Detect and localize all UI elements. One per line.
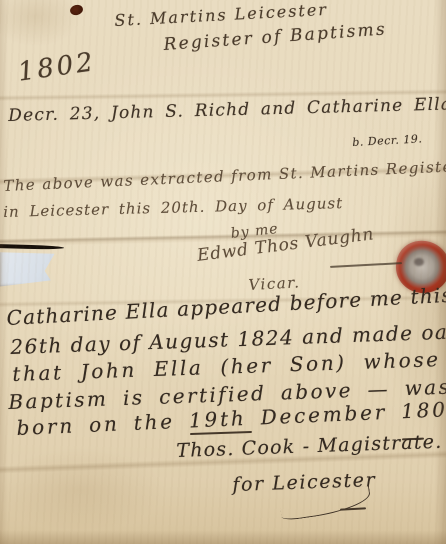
paper-tear — [0, 250, 62, 288]
baptism-entry-line: Decr. 23, John S. Richd and Catharine El… — [8, 94, 446, 126]
extract-statement-line2: in Leicester this 20th. Day of August — [3, 194, 343, 221]
pen-line-to-seal — [330, 262, 402, 267]
year-label: 1802 — [16, 47, 98, 88]
underline-flourish — [340, 507, 366, 510]
wax-seal-speck — [414, 258, 424, 266]
vicar-signature: Edwd Thos Vaughn — [196, 224, 375, 266]
magistrate-signature: Thos. Cook - Magistrate. — [176, 431, 443, 462]
ink-stroke — [0, 244, 64, 249]
magistrate-for-line: for Leicester — [232, 469, 377, 496]
birth-note: b. Decr. 19. — [352, 132, 423, 149]
edge-shadow-bottom — [0, 530, 446, 544]
ink-spot — [69, 3, 84, 16]
document-page: St. Martins Leicester Register of Baptis… — [0, 0, 446, 544]
extract-statement-line1: The above was extracted from St. Martins… — [3, 157, 446, 195]
